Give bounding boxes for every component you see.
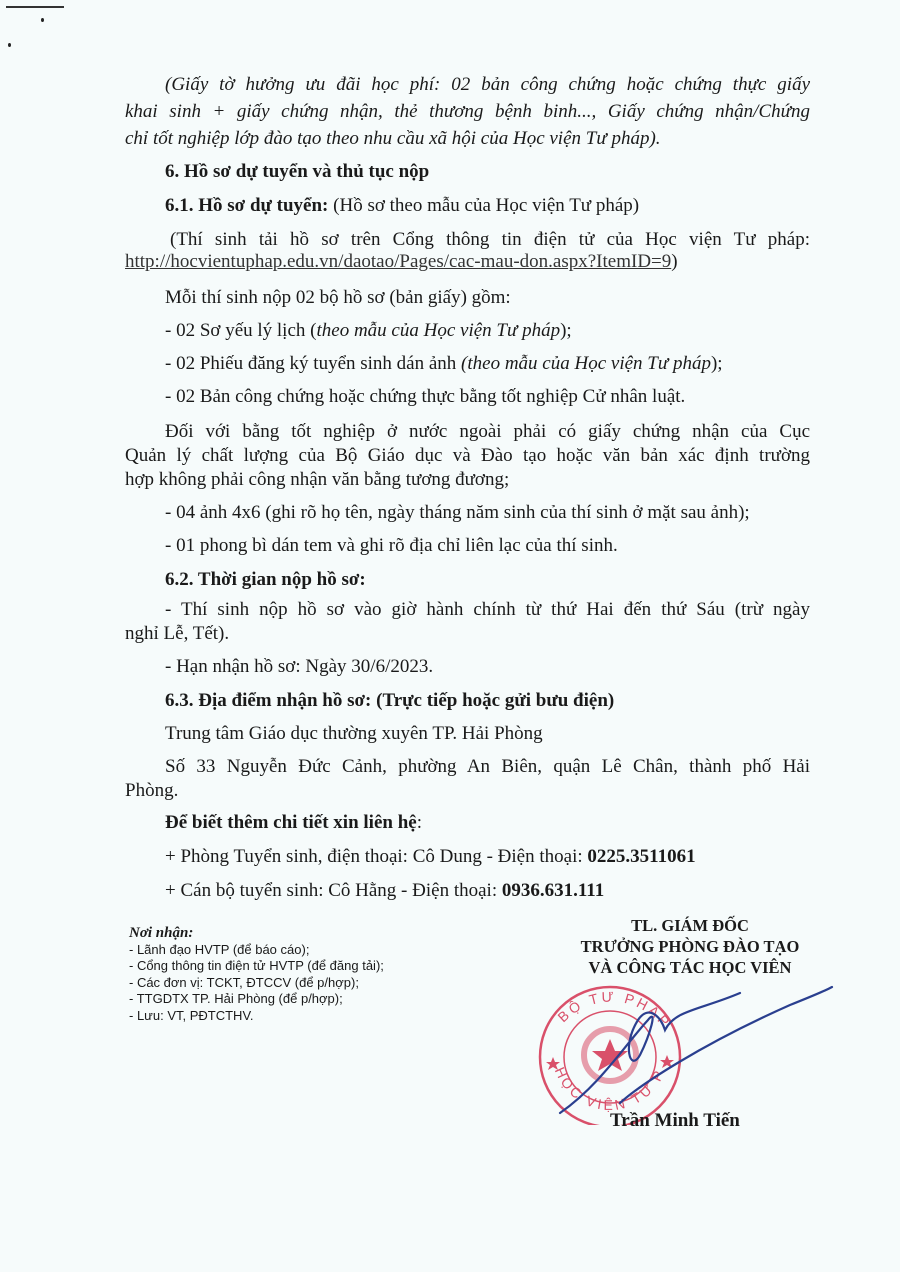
download-note: (Thí sinh tải hồ sơ trên Cổng thông tin …	[170, 228, 810, 252]
scan-mark	[41, 18, 44, 22]
svg-text:BỘ TƯ PHÁP: BỘ TƯ PHÁP	[554, 988, 674, 1031]
recipients-title: Nơi nhận:	[129, 925, 384, 942]
section-6-heading: 6. Hồ sơ dự tuyển và thủ tục nộp	[165, 160, 429, 184]
contact-2-phone: 0936.631.111	[502, 880, 604, 901]
section-6-1-note: (Hồ sơ theo mẫu của Học viện Tư pháp)	[328, 195, 639, 216]
signature-title: TL. GIÁM ĐỐC TRƯỞNG PHÒNG ĐÀO TẠO VÀ CÔN…	[555, 915, 825, 978]
office-hours-line-2: nghỉ Lễ, Tết).	[125, 622, 229, 646]
contact-2: + Cán bộ tuyển sinh: Cô Hằng - Điện thoạ…	[165, 879, 604, 903]
list-item-text: - 02 Phiếu đăng ký tuyển sinh dán ảnh	[165, 353, 461, 374]
contact-1: + Phòng Tuyển sinh, điện thoại: Cô Dung …	[165, 845, 696, 869]
foreign-degree-line-2: Quản lý chất lượng của Bộ Giáo dục và Đà…	[125, 444, 810, 468]
address-line-2: Phòng.	[125, 779, 178, 803]
top-rule	[6, 6, 64, 8]
recipient-item: - TTGDTX TP. Hải Phòng (để p/hợp);	[129, 991, 384, 1008]
foreign-degree-line-3: hợp không phải công nhận văn bằng tương …	[125, 468, 509, 492]
download-link[interactable]: http://hocvientuphap.edu.vn/daotao/Pages…	[125, 251, 671, 272]
list-item: - 01 phong bì dán tem và ghi rõ địa chỉ …	[165, 534, 618, 558]
list-item-italic: (theo mẫu của Học viện Tư pháp	[461, 353, 711, 374]
recipients-block: Nơi nhận: - Lãnh đạo HVTP (để báo cáo); …	[129, 925, 384, 1024]
section-6-2-heading: 6.2. Thời gian nộp hồ sơ:	[165, 568, 366, 592]
download-link-line: http://hocvientuphap.edu.vn/daotao/Pages…	[125, 250, 678, 274]
list-item-text: - 02 Sơ yếu lý lịch (	[165, 320, 316, 341]
list-item: - 04 ảnh 4x6 (ghi rõ họ tên, ngày tháng …	[165, 501, 750, 525]
foreign-degree-line-1: Đối với bằng tốt nghiệp ở nước ngoài phả…	[165, 420, 810, 444]
intro-line-1: (Giấy tờ hưởng ưu đãi học phí: 02 bản cô…	[165, 73, 810, 97]
signature-line-2: TRƯỞNG PHÒNG ĐÀO TẠO	[555, 936, 825, 957]
signer-name: Trần Minh Tiến	[610, 1110, 740, 1132]
section-6-1-heading-line: 6.1. Hồ sơ dự tuyển: (Hồ sơ theo mẫu của…	[165, 194, 639, 218]
signature-line-1: TL. GIÁM ĐỐC	[555, 915, 825, 936]
list-item-italic: theo mẫu của Học viện Tư pháp	[316, 320, 560, 341]
contact-heading-line: Để biết thêm chi tiết xin liên hệ:	[165, 811, 422, 835]
section-6-1-heading: 6.1. Hồ sơ dự tuyển:	[165, 195, 328, 216]
contact-heading-colon: :	[417, 812, 422, 833]
recipient-item: - Các đơn vị: TCKT, ĐTCCV (để p/hợp);	[129, 975, 384, 992]
receiving-place: Trung tâm Giáo dục thường xuyên TP. Hải …	[165, 722, 543, 746]
submission-intro: Mỗi thí sinh nộp 02 bộ hồ sơ (bản giấy) …	[165, 286, 511, 310]
intro-line-2: khai sinh + giấy chứng nhận, thẻ thương …	[125, 100, 810, 124]
recipient-item: - Cổng thông tin điện tử HVTP (để đăng t…	[129, 958, 384, 975]
section-6-3-heading: 6.3. Địa điểm nhận hồ sơ: (Trực tiếp hoặ…	[165, 689, 614, 713]
recipient-item: - Lưu: VT, PĐTCTHV.	[129, 1008, 384, 1025]
list-item: - 02 Phiếu đăng ký tuyển sinh dán ảnh (t…	[165, 352, 723, 376]
list-item: - 02 Sơ yếu lý lịch (theo mẫu của Học vi…	[165, 319, 572, 343]
contact-heading: Để biết thêm chi tiết xin liên hệ	[165, 812, 417, 833]
contact-1-label: + Phòng Tuyển sinh, điện thoại: Cô Dung …	[165, 846, 587, 867]
list-item-suffix: );	[711, 353, 723, 374]
contact-1-phone: 0225.3511061	[587, 846, 695, 867]
office-hours-line-1: - Thí sinh nộp hồ sơ vào giờ hành chính …	[165, 598, 810, 622]
list-item: - 02 Bản công chứng hoặc chứng thực bằng…	[165, 385, 685, 409]
download-link-close: )	[671, 251, 677, 272]
recipient-item: - Lãnh đạo HVTP (để báo cáo);	[129, 942, 384, 959]
scan-mark	[8, 43, 11, 47]
deadline: - Hạn nhận hồ sơ: Ngày 30/6/2023.	[165, 655, 433, 679]
contact-2-label: + Cán bộ tuyển sinh: Cô Hằng - Điện thoạ…	[165, 880, 502, 901]
official-seal-icon: BỘ TƯ PHÁP HỌC VIỆN TƯ PHÁP	[530, 975, 850, 1125]
list-item-suffix: );	[560, 320, 572, 341]
address-line-1: Số 33 Nguyễn Đức Cảnh, phường An Biên, q…	[165, 755, 810, 779]
intro-line-3: chỉ tốt nghiệp lớp đào tạo theo nhu cầu …	[125, 127, 661, 151]
